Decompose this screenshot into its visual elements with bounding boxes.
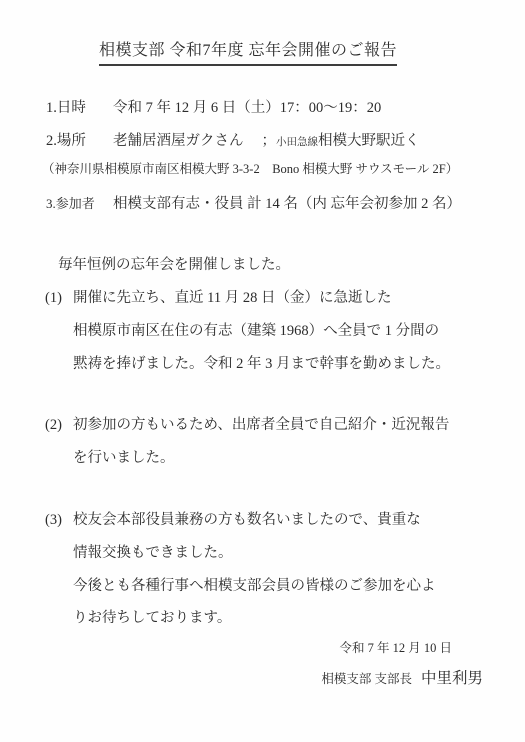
item3-line1: (3) 校友会本部役員兼務の方も数名いましたので、貴重な	[45, 511, 421, 529]
place-label: 2.場所	[46, 132, 113, 150]
place-note-railway: 小田急線	[276, 136, 318, 149]
item3-line4: りお待ちしております。	[73, 609, 231, 627]
item2-number: (2)	[45, 416, 73, 434]
item3-number: (3)	[45, 511, 73, 529]
place-line: 2.場所 老舗居酒屋ガクさん ； 小田急線 相模大野駅近く	[46, 132, 420, 150]
place-separator: ；	[262, 132, 277, 150]
participants-value: 相模支部有志・役員 計 14 名（内 忘年会初参加 2 名）	[113, 195, 461, 213]
datetime-line: 1.日時 令和 7 年 12 月 6 日（土）17：00～19：20	[46, 99, 381, 117]
datetime-value: 令和 7 年 12 月 6 日（土）17：00～19：20	[113, 99, 381, 117]
footer-date: 令和 7 年 12 月 10 日	[339, 641, 452, 657]
intro-paragraph: 毎年恒例の忘年会を開催しました。	[58, 256, 290, 274]
item1-line2: 相模原市南区在住の有志（建築 1968）へ全員で 1 分間の	[73, 322, 439, 340]
item2-line1: (2) 初参加の方もいるため、出席者全員で自己紹介・近況報告	[45, 416, 449, 434]
footer-signature: 相模支部 支部長 中里利男	[321, 669, 483, 688]
item3-line2: 情報交換もできました。	[73, 544, 233, 562]
address-line: （神奈川県相模原市南区相模大野 3-3-2 Bono 相模大野 サウスモール 2…	[42, 162, 458, 178]
item1-line3: 黙祷を捧げました。令和 2 年 3 月まで幹事を勤めました。	[73, 355, 450, 373]
item3-line3: 今後とも各種行事へ相模支部会員の皆様のご参加を心よ	[73, 577, 436, 595]
place-value: 老舗居酒屋ガクさん	[113, 132, 244, 150]
item1-line1-text: 開催に先立ち、直近 11 月 28 日（金）に急逝した	[73, 289, 391, 307]
participants-label: 3.参加者	[46, 196, 113, 212]
signature-org: 相模支部 支部長	[321, 672, 412, 688]
page-title: 相模支部 令和7年度 忘年会開催のご報告	[99, 41, 397, 66]
item3-line1-text: 校友会本部役員兼務の方も数名いましたので、貴重な	[73, 511, 421, 529]
item1-line1: (1) 開催に先立ち、直近 11 月 28 日（金）に急逝した	[45, 289, 391, 307]
datetime-label: 1.日時	[46, 99, 113, 117]
signature-name: 中里利男	[421, 669, 483, 688]
place-note: 相模大野駅近く	[318, 132, 420, 150]
item1-number: (1)	[45, 289, 73, 307]
item2-line2: を行いました。	[73, 449, 175, 467]
document-page: 相模支部 令和7年度 忘年会開催のご報告 1.日時 令和 7 年 12 月 6 …	[0, 0, 525, 742]
item2-line1-text: 初参加の方もいるため、出席者全員で自己紹介・近況報告	[73, 416, 449, 434]
participants-line: 3.参加者 相模支部有志・役員 計 14 名（内 忘年会初参加 2 名）	[46, 195, 461, 213]
